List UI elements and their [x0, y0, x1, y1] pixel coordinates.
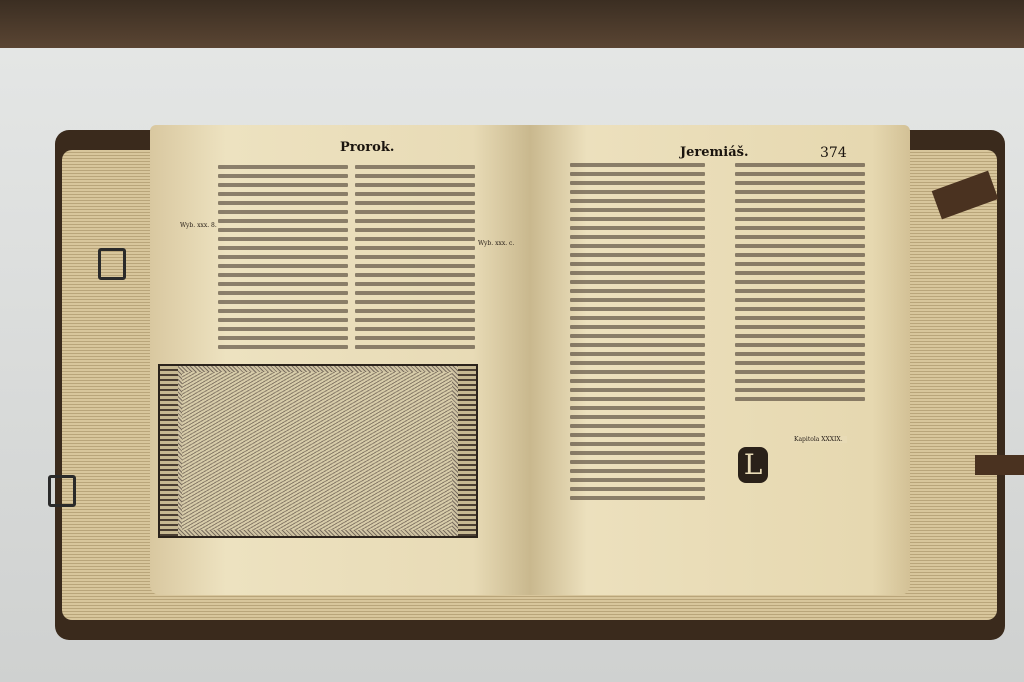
chapter-heading: Kapitola XXXIX. — [790, 436, 847, 443]
left-page-header: Prorok. — [340, 140, 394, 155]
woodcut-illustration — [158, 364, 478, 538]
ornamental-border-right — [458, 366, 476, 536]
leather-strap-bottom — [975, 455, 1024, 475]
ornamental-border-left — [160, 366, 178, 536]
right-column-2 — [735, 158, 865, 406]
clasp-bottom — [48, 475, 76, 507]
left-sidenote-2: Wyb. xxx. c. — [478, 240, 514, 247]
woodcut-scene — [182, 372, 452, 530]
left-column-1 — [218, 160, 348, 354]
right-column-1 — [570, 158, 705, 505]
drop-cap: L — [738, 447, 768, 483]
background-wall — [0, 0, 1024, 48]
clasp-top — [98, 248, 126, 280]
left-column-2 — [355, 160, 475, 354]
left-sidenote-1: Wyb. xxx. 8. — [180, 222, 217, 229]
